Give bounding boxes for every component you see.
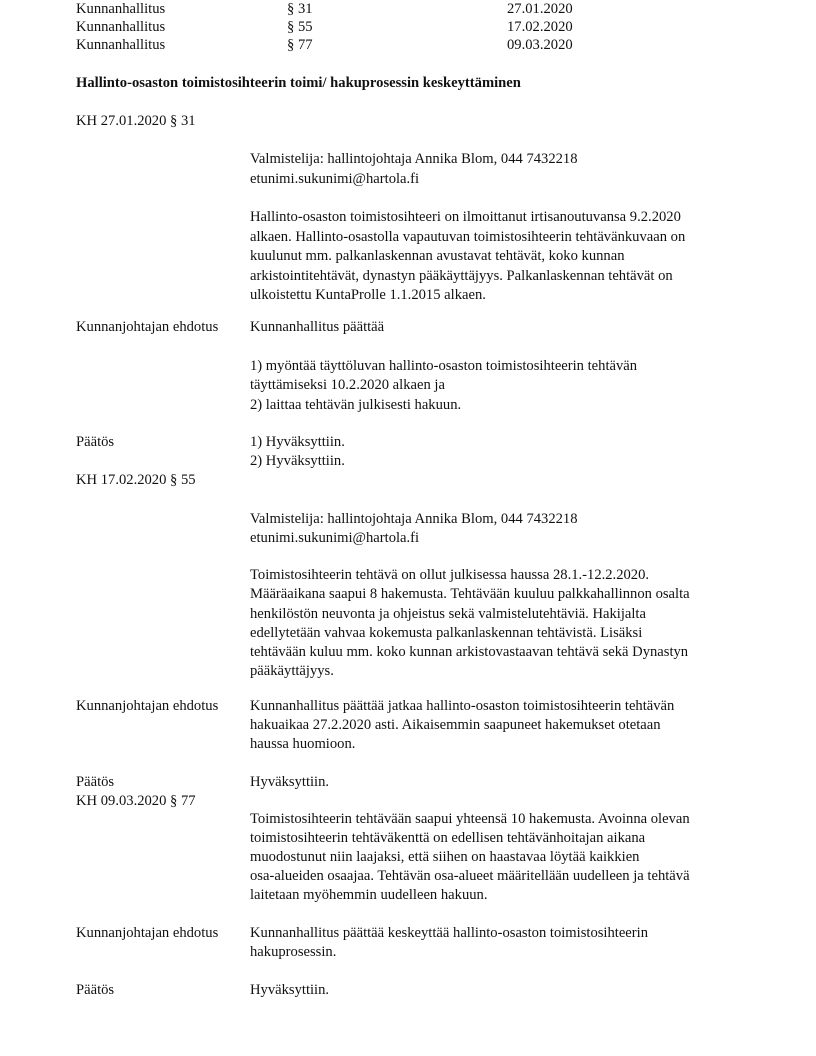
- body-line: ulkoistettu KuntaProlle 1.1.2015 alkaen.: [250, 286, 486, 306]
- decision-line: 2) Hyväksyttiin.: [250, 452, 345, 472]
- preparer-email: etunimi.sukunimi@hartola.fi: [250, 170, 419, 190]
- body-line: Toimistosihteerin tehtävään saapui yhtee…: [250, 810, 690, 830]
- body-line: tehtävään kuluu mm. koko kunnan arkistov…: [250, 643, 688, 663]
- decision-label: Päätös: [76, 433, 114, 453]
- proposal-line: Kunnanhallitus päättää keskeyttää hallin…: [250, 924, 648, 944]
- preparer-email: etunimi.sukunimi@hartola.fi: [250, 529, 419, 549]
- proposal-line: hakuaikaa 27.2.2020 asti. Aikaisemmin sa…: [250, 716, 661, 736]
- meeting-section: § 31: [287, 0, 313, 20]
- meeting-body: Kunnanhallitus: [76, 0, 165, 20]
- proposal-line: 1) myöntää täyttöluvan hallinto-osaston …: [250, 357, 637, 377]
- proposal-line: täyttämiseksi 10.2.2020 alkaen ja: [250, 376, 445, 396]
- section-ref: KH 09.03.2020 § 77: [76, 792, 196, 812]
- meeting-body: Kunnanhallitus: [76, 18, 165, 38]
- meeting-date: 09.03.2020: [507, 36, 573, 56]
- proposal-label: Kunnanjohtajan ehdotus: [76, 318, 218, 338]
- decision-line: Hyväksyttiin.: [250, 981, 329, 1001]
- meeting-body: Kunnanhallitus: [76, 36, 165, 56]
- body-line: Hallinto-osaston toimistosihteeri on ilm…: [250, 208, 681, 228]
- decision-label: Päätös: [76, 773, 114, 793]
- preparer-line: Valmistelija: hallintojohtaja Annika Blo…: [250, 510, 578, 530]
- proposal-label: Kunnanjohtajan ehdotus: [76, 924, 218, 944]
- body-line: edellytetään vahvaa kokemusta palkanlask…: [250, 624, 642, 644]
- body-line: Määräaikana saapui 8 hakemusta. Tehtävää…: [250, 585, 690, 605]
- proposal-line: haussa huomioon.: [250, 735, 355, 755]
- body-line: toimistosihteerin tehtäväkenttä on edell…: [250, 829, 645, 849]
- meeting-date: 27.01.2020: [507, 0, 573, 20]
- body-line: pääkäyttäjyys.: [250, 662, 334, 682]
- decision-line: Hyväksyttiin.: [250, 773, 329, 793]
- body-line: laitetaan myöhemmin uudelleen hakuun.: [250, 886, 487, 906]
- proposal-head: Kunnanhallitus päättää: [250, 318, 384, 338]
- decision-label: Päätös: [76, 981, 114, 1001]
- meeting-section: § 77: [287, 36, 313, 56]
- document-title: Hallinto-osaston toimistosihteerin toimi…: [76, 74, 521, 94]
- body-line: kuulunut mm. palkanlaskennan avustavat t…: [250, 247, 625, 267]
- body-line: muodostunut niin laajaksi, että siihen o…: [250, 848, 639, 868]
- preparer-line: Valmistelija: hallintojohtaja Annika Blo…: [250, 150, 578, 170]
- proposal-line: hakuprosessin.: [250, 943, 336, 963]
- body-line: Toimistosihteerin tehtävä on ollut julki…: [250, 566, 649, 586]
- section-ref: KH 27.01.2020 § 31: [76, 112, 196, 132]
- section-ref: KH 17.02.2020 § 55: [76, 471, 196, 491]
- proposal-line: Kunnanhallitus päättää jatkaa hallinto-o…: [250, 697, 674, 717]
- meeting-date: 17.02.2020: [507, 18, 573, 38]
- body-line: arkistointitehtävät, dynastyn pääkäyttäj…: [250, 267, 673, 287]
- proposal-line: 2) laittaa tehtävän julkisesti hakuun.: [250, 396, 461, 416]
- meeting-section: § 55: [287, 18, 313, 38]
- body-line: henkilöstön neuvonta ja ohjeistus sekä v…: [250, 605, 646, 625]
- body-line: osa-alueiden osaajaa. Tehtävän osa-aluee…: [250, 867, 690, 887]
- body-line: alkaen. Hallinto-osastolla vapautuvan to…: [250, 228, 685, 248]
- proposal-label: Kunnanjohtajan ehdotus: [76, 697, 218, 717]
- decision-line: 1) Hyväksyttiin.: [250, 433, 345, 453]
